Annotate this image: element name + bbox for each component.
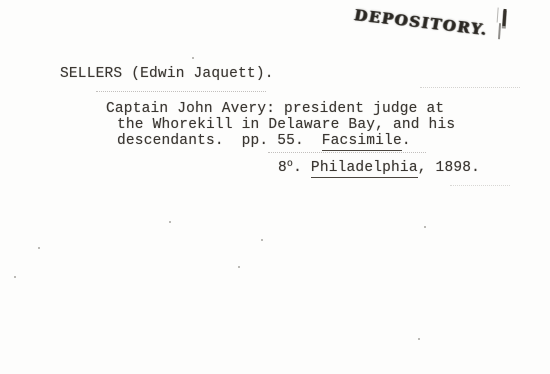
depository-stamp: DEPOSITORY. (353, 6, 490, 39)
title-line-1: Captain John Avery: president judge at (106, 101, 444, 117)
scan-speck (38, 247, 40, 249)
catalog-card: DEPOSITORY. SELLERS (Edwin Jaquett). Cap… (0, 0, 550, 374)
size-designation: 8 (278, 160, 287, 176)
scan-speck (192, 57, 194, 59)
publication-year: , 1898. (418, 160, 480, 176)
title-line-3: descendants. pp. 55. Facsimile. (117, 133, 411, 149)
scan-artifact (96, 91, 266, 92)
imprint-separator: . (293, 160, 311, 176)
scan-speck (238, 266, 240, 268)
scan-speck (14, 276, 16, 278)
facsimile-period: . (402, 133, 411, 149)
imprint-line: 8o. Philadelphia, 1898. (278, 160, 480, 178)
publication-place: Philadelphia (311, 160, 418, 178)
scan-speck (261, 239, 263, 241)
scan-artifact (420, 87, 520, 88)
facsimile-note: Facsimile (322, 133, 402, 151)
ink-mark (502, 9, 506, 26)
scan-speck (169, 221, 171, 223)
scan-artifact (268, 152, 426, 153)
scan-artifact (450, 185, 510, 186)
title-line-2: the Whorekill in Delaware Bay, and his (117, 117, 455, 133)
author-heading: SELLERS (Edwin Jaquett). (60, 66, 274, 82)
scan-speck (424, 226, 426, 228)
collation-text: descendants. pp. 55. (117, 133, 322, 149)
scan-speck (418, 338, 420, 340)
size-ordinal: o (287, 157, 293, 173)
